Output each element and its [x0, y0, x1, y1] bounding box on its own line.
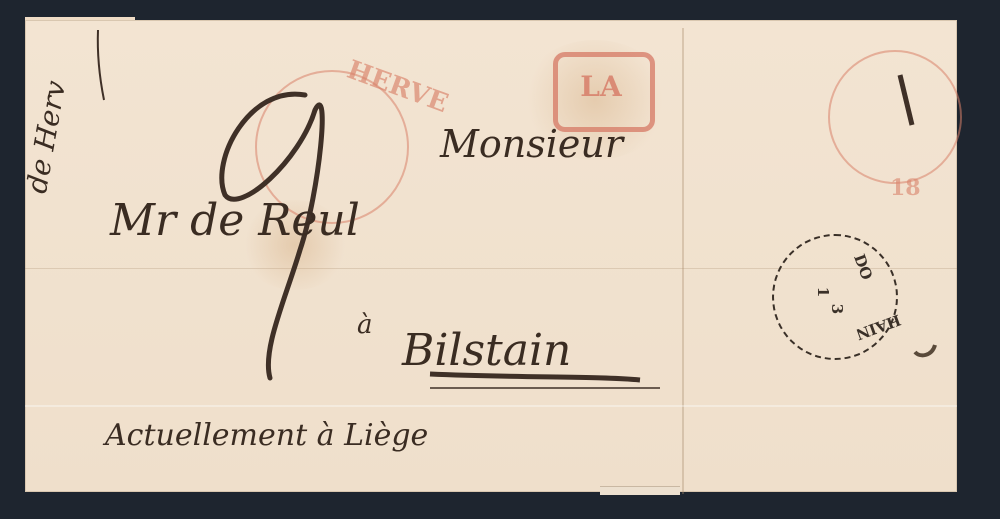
- salutation-text: Monsieur: [440, 122, 623, 166]
- destination-crossed: Bilstain: [402, 325, 571, 376]
- redirection-text: Actuellement à Liège: [105, 418, 428, 453]
- addressee-text: Mr de Reul: [110, 195, 360, 246]
- destination-prefix: à: [357, 310, 373, 340]
